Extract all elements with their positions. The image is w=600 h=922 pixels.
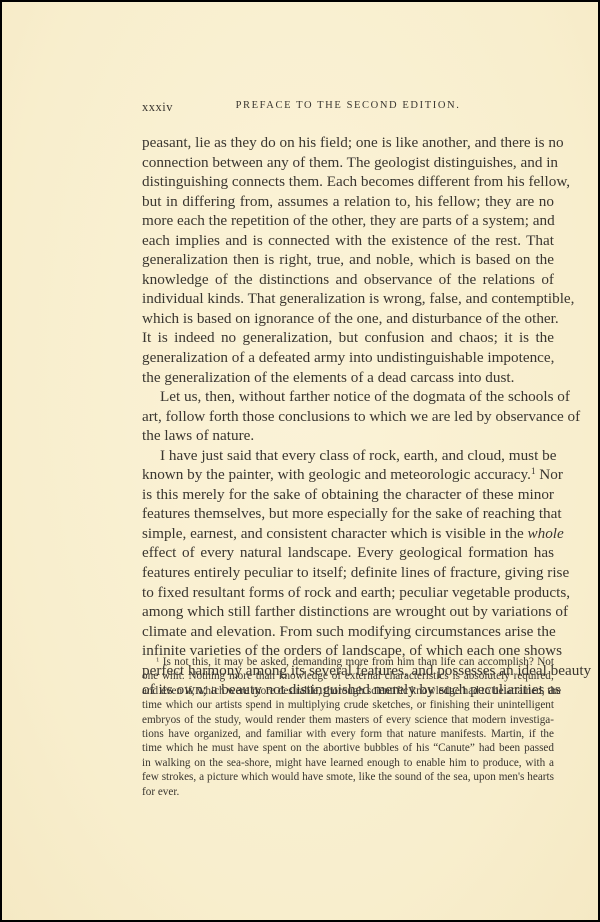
footnote-line: 1 Is not this, it may be asked, demandin… [142, 655, 554, 669]
text-line: individual kinds. That generalization is… [142, 289, 554, 309]
text-line: features themselves, but more especially… [142, 504, 554, 524]
running-head-title: PREFACE TO THE SECOND EDITION. [142, 100, 554, 111]
text-line: among which still farther distinctions a… [142, 602, 554, 622]
text-line: generalization then is right, true, and … [142, 250, 554, 270]
footnote-line: embryos of the study, would render them … [142, 713, 554, 727]
footnote-line: in walking on the sea-shore, might have … [142, 756, 554, 770]
text-line: more each the repetition of the other, t… [142, 211, 554, 231]
text-line: the generalization of the elements of a … [142, 368, 554, 388]
footnote-line: few strokes, a picture which would have … [142, 770, 554, 784]
paragraph-start: Let us, then, without farther notice of … [142, 387, 554, 407]
text-line: is this merely for the sake of obtaining… [142, 485, 554, 505]
footnote-line: and even if, which were more desirable, … [142, 684, 554, 698]
footnote-line: one whit. Nothing more than knowledge of… [142, 669, 554, 683]
text-line-with-italic: simple, earnest, and consistent characte… [142, 524, 554, 544]
footnote: 1 Is not this, it may be asked, demandin… [142, 655, 554, 799]
text-line: which is based on ignorance of the one, … [142, 309, 554, 329]
text-line: features entirely peculiar to itself; de… [142, 563, 554, 583]
text-line: distinguishing connects them. Each becom… [142, 172, 554, 192]
text-line: generalization of a defeated army into u… [142, 348, 554, 368]
text-line: but in differing from, assumes a relatio… [142, 192, 554, 212]
text-line: knowledge of the distinctions and observ… [142, 270, 554, 290]
paragraph-start: I have just said that every class of roc… [142, 446, 554, 466]
text-line: art, follow forth those conclusions to w… [142, 407, 554, 427]
book-page: xxxiv PREFACE TO THE SECOND EDITION. pea… [2, 2, 598, 920]
footnote-line: time which he must have spent on the abo… [142, 741, 554, 755]
text-line: the laws of nature. [142, 426, 554, 446]
body-text: peasant, lie as they do on his field; on… [142, 133, 554, 700]
text-line-with-footnote-ref: known by the painter, with geologic and … [142, 465, 554, 485]
text-line: It is indeed no generalization, but conf… [142, 328, 554, 348]
footnote-line: for ever. [142, 785, 554, 799]
footnote-line: time which our artists spend in multiply… [142, 698, 554, 712]
text-line: effect of every natural landscape. Every… [142, 543, 554, 563]
footnote-line: tions have organized, and familiar with … [142, 727, 554, 741]
italic-word: whole [527, 525, 563, 542]
text-line: each implies and is connected with the e… [142, 231, 554, 251]
running-head: xxxiv PREFACE TO THE SECOND EDITION. [142, 100, 554, 116]
text-line: to fixed resultant forms of rock and ear… [142, 583, 554, 603]
text-line: peasant, lie as they do on his field; on… [142, 133, 554, 153]
footnote-marker: 1 [156, 656, 159, 663]
text-line: climate and elevation. From such modifyi… [142, 622, 554, 642]
text-line: connection between any of them. The geol… [142, 153, 554, 173]
